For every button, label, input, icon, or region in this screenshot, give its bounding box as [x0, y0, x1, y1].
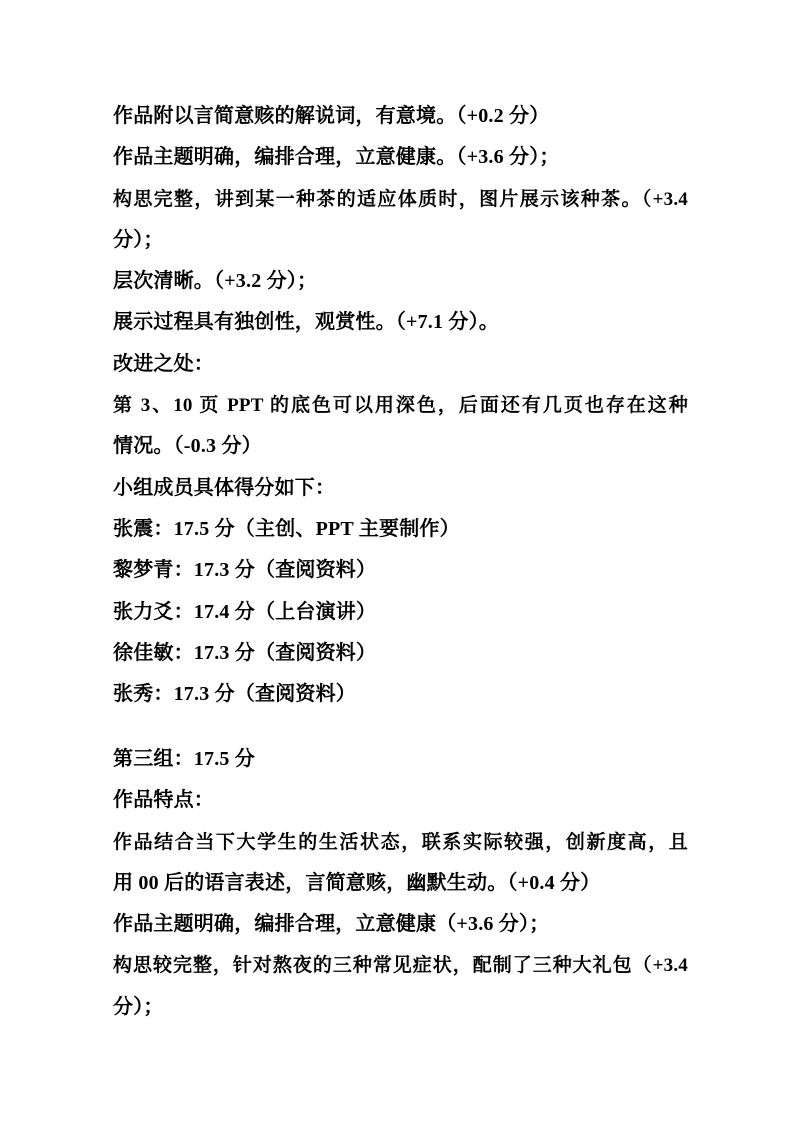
- text-line: 第三组：17.5 分: [113, 739, 688, 780]
- text-line: 第 3、10 页 PPT 的底色可以用深色，后面还有几页也存在这种: [113, 385, 688, 426]
- text-line: 改进之处：: [113, 344, 688, 385]
- document-page: 作品附以言简意赅的解说词，有意境。（+0.2 分）作品主题明确，编排合理，立意健…: [0, 0, 794, 1123]
- text-line: 层次清晰。（+3.2 分）；: [113, 261, 688, 302]
- text-line: 作品主题明确，编排合理，立意健康。（+3.6 分）；: [113, 137, 688, 178]
- text-line: 展示过程具有独创性，观赏性。（+7.1 分）。: [113, 302, 688, 343]
- text-line: 作品主题明确，编排合理，立意健康（+3.6 分）；: [113, 904, 688, 945]
- group-2-evaluation: 作品附以言简意赅的解说词，有意境。（+0.2 分）作品主题明确，编排合理，立意健…: [113, 96, 688, 715]
- text-line: 构思完整，讲到某一种茶的适应体质时，图片展示该种茶。（+3.4: [113, 179, 688, 220]
- text-line: 构思较完整，针对熬夜的三种常见症状，配制了三种大礼包（+3.4: [113, 945, 688, 986]
- text-line: 作品结合当下大学生的生活状态，联系实际较强，创新度高，且: [113, 822, 688, 863]
- text-line: 用 00 后的语言表述，言简意赅，幽默生动。（+0.4 分）: [113, 863, 688, 904]
- text-line: 小组成员具体得分如下：: [113, 468, 688, 509]
- text-line: 徐佳敏：17.3 分（查阅资料）: [113, 633, 688, 674]
- text-line: 分）；: [113, 220, 688, 261]
- blank-line: [113, 715, 688, 739]
- document-body: 作品附以言简意赅的解说词，有意境。（+0.2 分）作品主题明确，编排合理，立意健…: [0, 0, 794, 1028]
- text-line: 张震：17.5 分（主创、PPT 主要制作）: [113, 509, 688, 550]
- text-line: 分）；: [113, 987, 688, 1028]
- text-line: 张力爻：17.4 分（上台演讲）: [113, 592, 688, 633]
- text-line: 张秀：17.3 分（查阅资料）: [113, 674, 688, 715]
- text-line: 作品特点：: [113, 780, 688, 821]
- group-3-evaluation: 第三组：17.5 分作品特点：作品结合当下大学生的生活状态，联系实际较强，创新度…: [113, 739, 688, 1028]
- text-line: 情况。（-0.3 分）: [113, 426, 688, 467]
- text-line: 作品附以言简意赅的解说词，有意境。（+0.2 分）: [113, 96, 688, 137]
- text-line: 黎梦青：17.3 分（查阅资料）: [113, 550, 688, 591]
